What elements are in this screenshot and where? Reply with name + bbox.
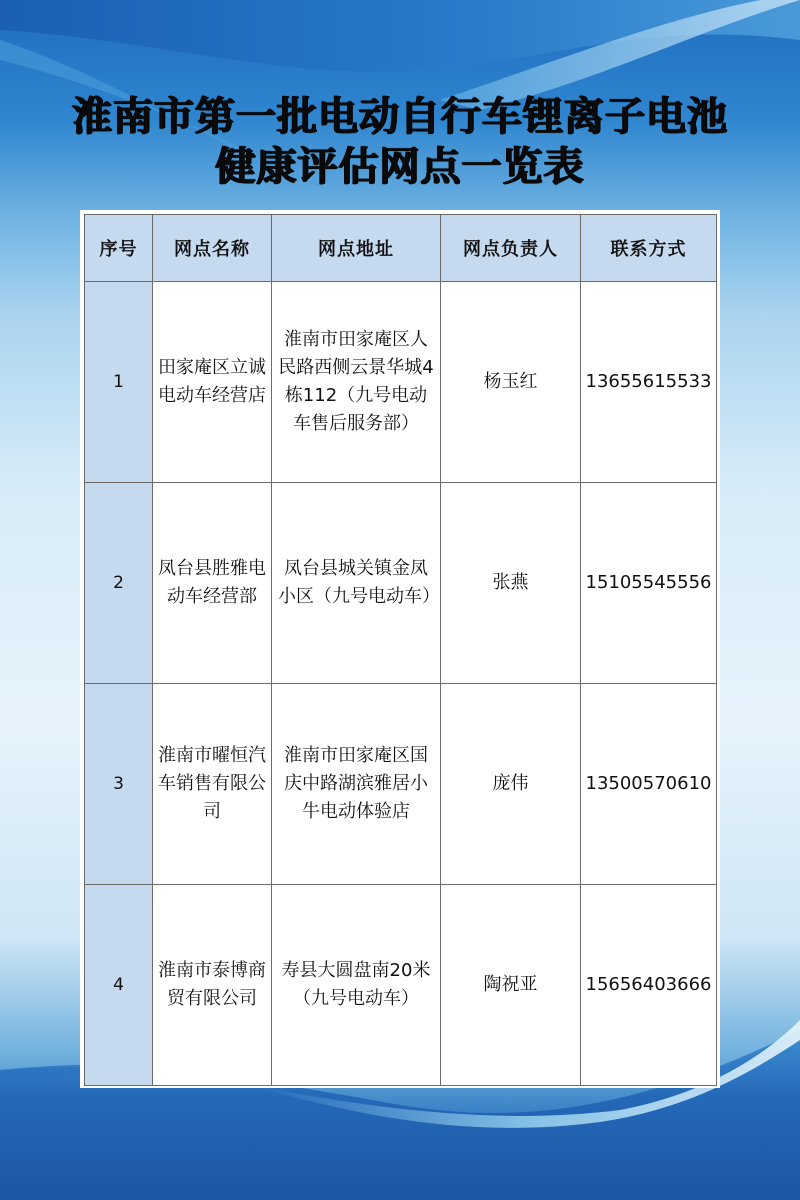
row-address: 淮南市田家庵区人民路西侧云景华城4栋112（九号电动车售后服务部） — [272, 282, 441, 483]
row-name: 凤台县胜雅电动车经营部 — [153, 483, 272, 684]
header-address: 网点地址 — [272, 215, 441, 282]
table-panel: 序号 网点名称 网点地址 网点负责人 联系方式 1 田家庵区立诚电动车经营店 淮… — [80, 210, 720, 1088]
row-address: 凤台县城关镇金凤小区（九号电动车） — [272, 483, 441, 684]
header-seq: 序号 — [85, 215, 153, 282]
row-address: 淮南市田家庵区国庆中路湖滨雅居小牛电动体验店 — [272, 684, 441, 885]
table-row: 2 凤台县胜雅电动车经营部 凤台县城关镇金凤小区（九号电动车） 张燕 15105… — [85, 483, 717, 684]
row-seq: 3 — [85, 684, 153, 885]
row-manager: 庞伟 — [441, 684, 581, 885]
header-name: 网点名称 — [153, 215, 272, 282]
title-line-2: 健康评估网点一览表 — [0, 142, 800, 192]
table-row: 3 淮南市曜恒汽车销售有限公司 淮南市田家庵区国庆中路湖滨雅居小牛电动体验店 庞… — [85, 684, 717, 885]
row-address-text: 凤台县城关镇金凤小区（九号电动车） — [278, 555, 434, 611]
row-name-text: 田家庵区立诚电动车经营店 — [158, 354, 266, 410]
title-line-1: 淮南市第一批电动自行车锂离子电池 — [0, 92, 800, 142]
row-name: 田家庵区立诚电动车经营店 — [153, 282, 272, 483]
row-manager: 杨玉红 — [441, 282, 581, 483]
table-row: 1 田家庵区立诚电动车经营店 淮南市田家庵区人民路西侧云景华城4栋112（九号电… — [85, 282, 717, 483]
header-contact: 联系方式 — [581, 215, 717, 282]
row-address: 寿县大圆盘南20米（九号电动车） — [272, 885, 441, 1086]
row-seq: 1 — [85, 282, 153, 483]
row-address-text: 寿县大圆盘南20米（九号电动车） — [278, 957, 434, 1013]
row-address-text: 淮南市田家庵区国庆中路湖滨雅居小牛电动体验店 — [278, 742, 434, 826]
row-address-text: 淮南市田家庵区人民路西侧云景华城4栋112（九号电动车售后服务部） — [278, 326, 434, 438]
row-seq: 2 — [85, 483, 153, 684]
row-phone: 13655615533 — [581, 282, 717, 483]
page-title: 淮南市第一批电动自行车锂离子电池 健康评估网点一览表 — [0, 92, 800, 192]
row-name-text: 淮南市泰博商贸有限公司 — [158, 957, 266, 1013]
row-name-text: 淮南市曜恒汽车销售有限公司 — [158, 742, 266, 826]
outlet-table: 序号 网点名称 网点地址 网点负责人 联系方式 1 田家庵区立诚电动车经营店 淮… — [84, 214, 717, 1086]
table-header-row: 序号 网点名称 网点地址 网点负责人 联系方式 — [85, 215, 717, 282]
row-manager: 陶祝亚 — [441, 885, 581, 1086]
row-seq: 4 — [85, 885, 153, 1086]
row-phone: 15656403666 — [581, 885, 717, 1086]
table-row: 4 淮南市泰博商贸有限公司 寿县大圆盘南20米（九号电动车） 陶祝亚 15656… — [85, 885, 717, 1086]
row-name: 淮南市泰博商贸有限公司 — [153, 885, 272, 1086]
row-manager: 张燕 — [441, 483, 581, 684]
header-manager: 网点负责人 — [441, 215, 581, 282]
row-phone: 15105545556 — [581, 483, 717, 684]
row-name: 淮南市曜恒汽车销售有限公司 — [153, 684, 272, 885]
row-phone: 13500570610 — [581, 684, 717, 885]
row-name-text: 凤台县胜雅电动车经营部 — [158, 555, 266, 611]
